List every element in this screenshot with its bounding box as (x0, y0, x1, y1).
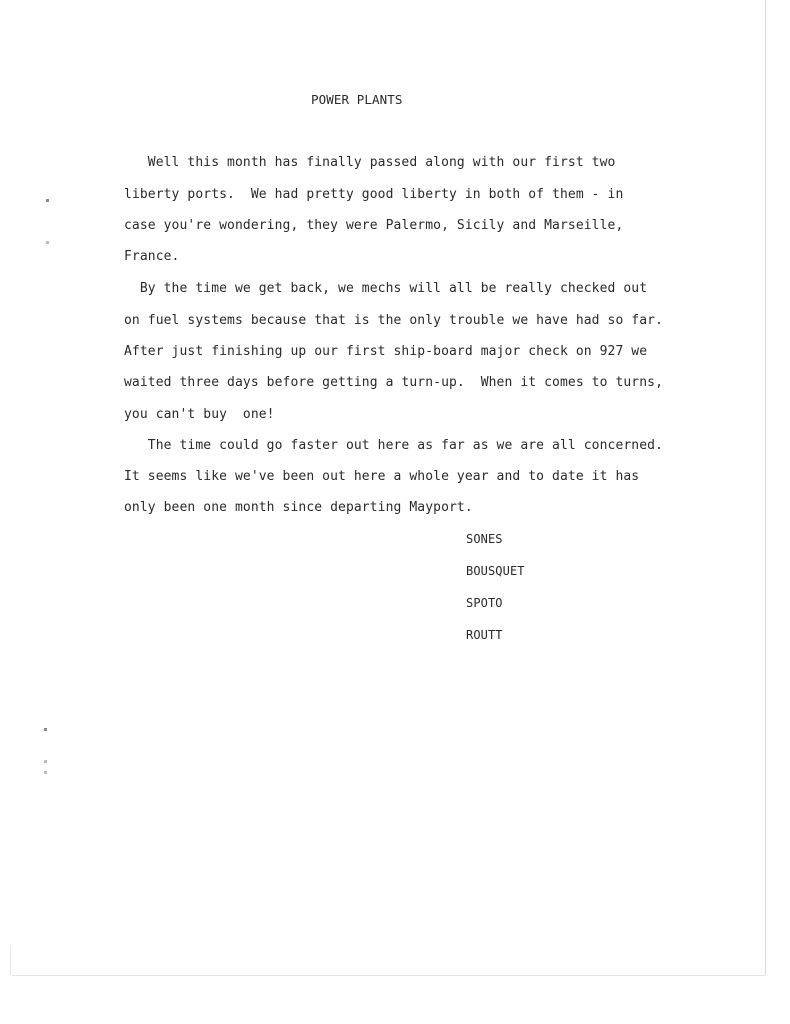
scanned-page: POWER PLANTS Well this month has finally… (0, 0, 790, 1024)
signature-name: BOUSQUET (466, 564, 525, 578)
text-line: case you're wondering, they were Palermo… (124, 218, 623, 233)
punch-mark (44, 728, 47, 731)
text-line: liberty ports. We had pretty good libert… (124, 187, 623, 202)
document-title: POWER PLANTS (311, 92, 403, 107)
text-line: The time could go faster out here as far… (124, 438, 663, 453)
text-line: Well this month has finally passed along… (124, 155, 615, 170)
text-line: on fuel systems because that is the only… (124, 313, 663, 328)
punch-mark (44, 760, 47, 763)
text-line: only been one month since departing Mayp… (124, 500, 473, 515)
punch-mark (46, 241, 49, 244)
signature-name: SONES (466, 532, 503, 546)
text-line: waited three days before getting a turn-… (124, 375, 663, 390)
text-line: After just finishing up our first ship-b… (124, 344, 647, 359)
page-edge-right (765, 0, 766, 975)
page-edge-bottom (12, 975, 765, 976)
signature-name: ROUTT (466, 628, 503, 642)
punch-mark (44, 771, 47, 774)
punch-mark (46, 199, 49, 202)
page-edge-left (10, 945, 11, 975)
text-line: you can't buy one! (124, 407, 275, 422)
signature-name: SPOTO (466, 596, 503, 610)
text-line: It seems like we've been out here a whol… (124, 469, 639, 484)
text-line: France. (124, 249, 180, 264)
text-line: By the time we get back, we mechs will a… (124, 281, 647, 296)
